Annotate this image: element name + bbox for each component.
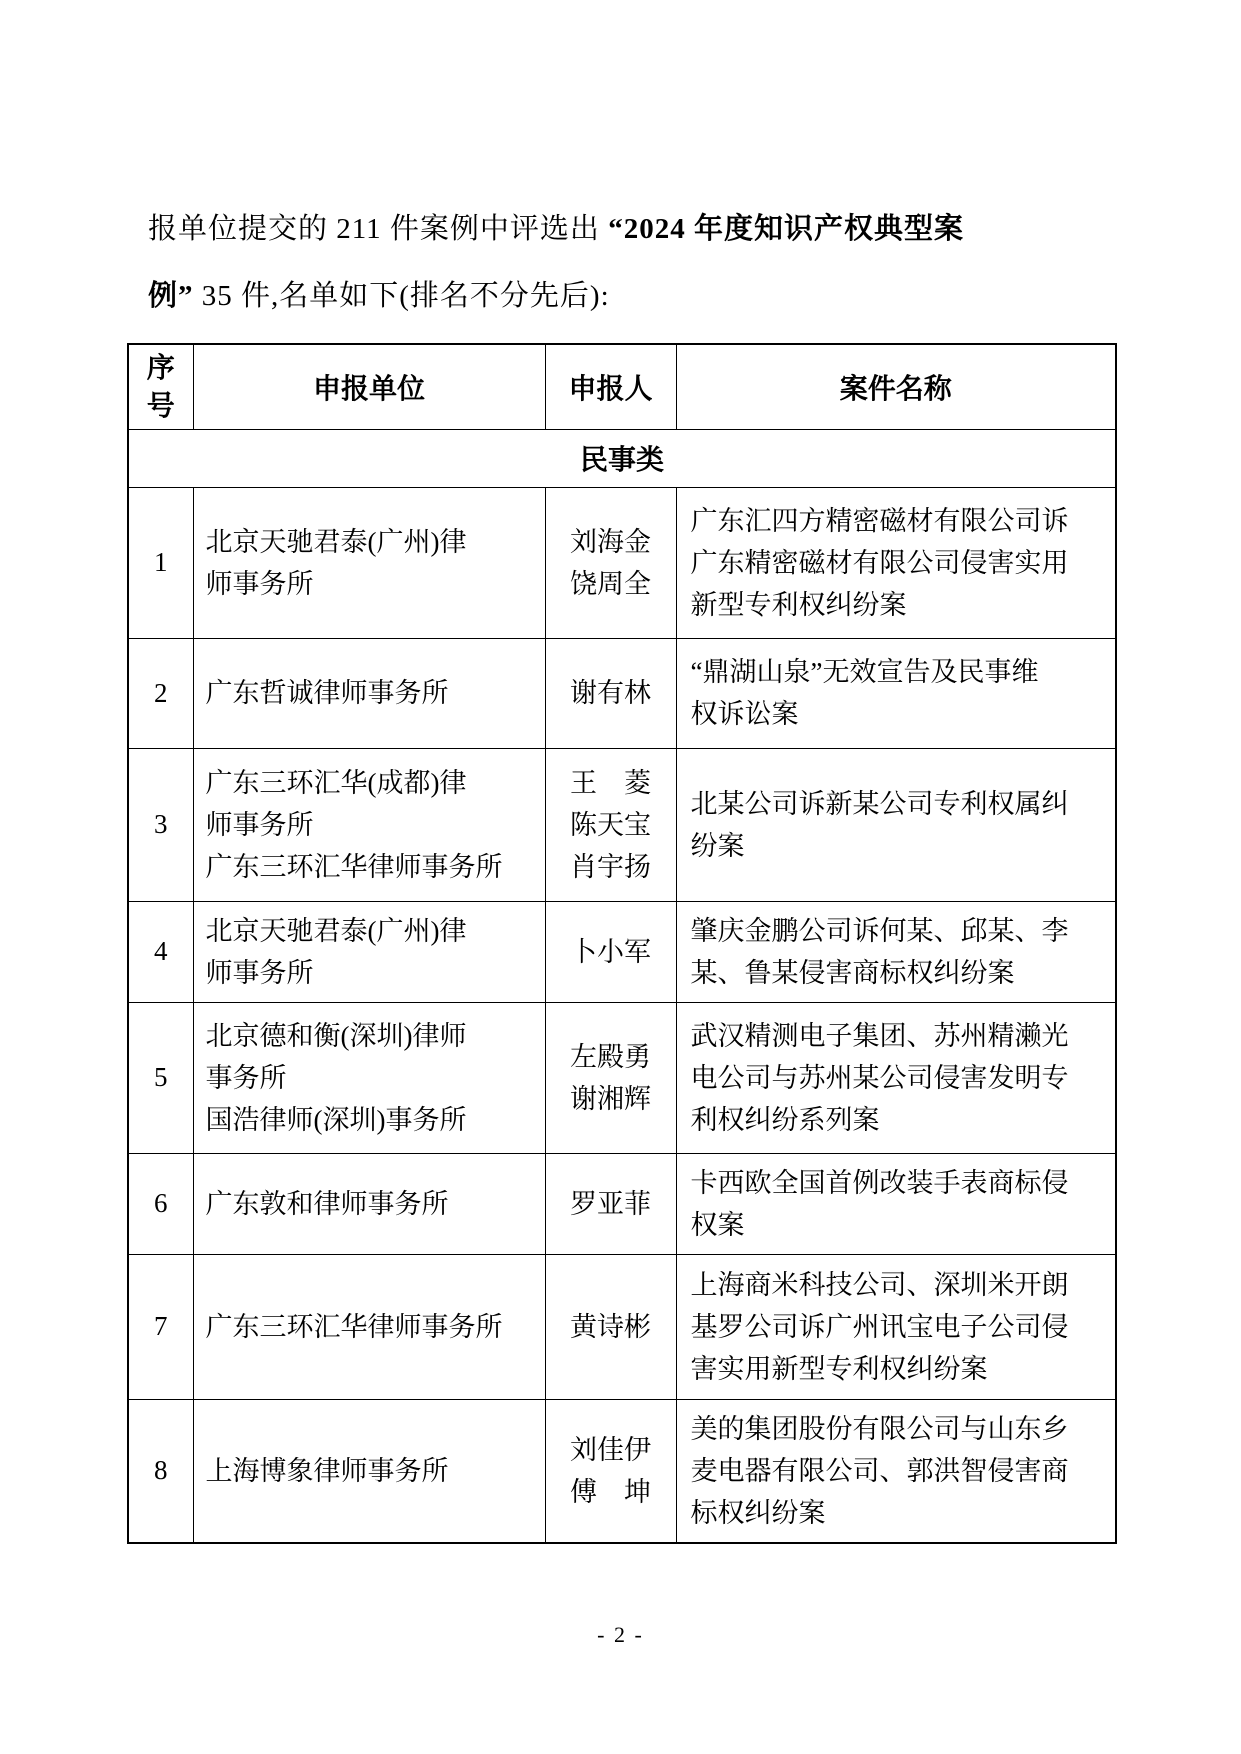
row-number-cell: 5 <box>128 1002 193 1153</box>
person-cell: 王 菱 陈天宝 肖宇扬 <box>545 748 676 901</box>
unit-cell: 北京天驰君泰(广州)律 师事务所 <box>193 487 545 638</box>
table-row: 5北京德和衡(深圳)律师 事务所 国浩律师(深圳)事务所左殿勇 谢湘辉武汉精测电… <box>128 1002 1116 1153</box>
intro-line2-bold: 例” <box>148 280 194 312</box>
table-body: 1北京天驰君泰(广州)律 师事务所刘海金 饶周全广东汇四方精密磁材有限公司诉 广… <box>128 487 1116 1543</box>
section-label: 民事类 <box>128 429 1116 487</box>
table-header-row: 序号 申报单位 申报人 案件名称 <box>128 344 1116 429</box>
cases-table: 序号 申报单位 申报人 案件名称 民事类 1北京天驰君泰(广州)律 师事务所刘海… <box>127 343 1117 1544</box>
case-name-cell: 武汉精测电子集团、苏州精濑光 电公司与苏州某公司侵害发明专 利权纠纷系列案 <box>676 1002 1116 1153</box>
person-cell: 罗亚菲 <box>545 1153 676 1254</box>
row-number-cell: 6 <box>128 1153 193 1254</box>
page-number: - 2 - <box>0 1622 1241 1648</box>
case-name-cell: 上海商米科技公司、深圳米开朗 基罗公司诉广州讯宝电子公司侵 害实用新型专利权纠纷… <box>676 1254 1116 1399</box>
person-cell: 刘海金 饶周全 <box>545 487 676 638</box>
intro-line2-normal: 35 件,名单如下(排名不分先后): <box>194 280 610 312</box>
header-person: 申报人 <box>545 344 676 429</box>
unit-cell: 上海博象律师事务所 <box>193 1399 545 1543</box>
case-name-cell: 美的集团股份有限公司与山东乡 麦电器有限公司、郭洪智侵害商 标权纠纷案 <box>676 1399 1116 1543</box>
person-cell: 黄诗彬 <box>545 1254 676 1399</box>
table-row: 3广东三环汇华(成都)律 师事务所 广东三环汇华律师事务所王 菱 陈天宝 肖宇扬… <box>128 748 1116 901</box>
unit-cell: 广东三环汇华(成都)律 师事务所 广东三环汇华律师事务所 <box>193 748 545 901</box>
person-cell: 卜小军 <box>545 901 676 1002</box>
unit-cell: 广东敦和律师事务所 <box>193 1153 545 1254</box>
case-name-cell: “鼎湖山泉”无效宣告及民事维 权诉讼案 <box>676 638 1116 748</box>
row-number-cell: 4 <box>128 901 193 1002</box>
intro-line1-bold: “2024 年度知识产权典型案 <box>608 213 964 245</box>
case-name-cell: 广东汇四方精密磁材有限公司诉 广东精密磁材有限公司侵害实用 新型专利权纠纷案 <box>676 487 1116 638</box>
row-number-cell: 7 <box>128 1254 193 1399</box>
table-row: 1北京天驰君泰(广州)律 师事务所刘海金 饶周全广东汇四方精密磁材有限公司诉 广… <box>128 487 1116 638</box>
table-row: 8上海博象律师事务所刘佳伊 傅 坤美的集团股份有限公司与山东乡 麦电器有限公司、… <box>128 1399 1116 1543</box>
unit-cell: 广东哲诚律师事务所 <box>193 638 545 748</box>
unit-cell: 北京德和衡(深圳)律师 事务所 国浩律师(深圳)事务所 <box>193 1002 545 1153</box>
table-row: 4北京天驰君泰(广州)律 师事务所卜小军肇庆金鹏公司诉何某、邱某、李 某、鲁某侵… <box>128 901 1116 1002</box>
section-row: 民事类 <box>128 429 1116 487</box>
table-row: 6广东敦和律师事务所罗亚菲卡西欧全国首例改装手表商标侵 权案 <box>128 1153 1116 1254</box>
row-number-cell: 1 <box>128 487 193 638</box>
case-name-cell: 卡西欧全国首例改装手表商标侵 权案 <box>676 1153 1116 1254</box>
person-cell: 谢有林 <box>545 638 676 748</box>
intro-line-1: 报单位提交的 211 件案例中评选出 “2024 年度知识产权典型案 <box>148 196 1038 263</box>
header-case: 案件名称 <box>676 344 1116 429</box>
intro-paragraph: 报单位提交的 211 件案例中评选出 “2024 年度知识产权典型案 例” 35… <box>148 196 1038 330</box>
unit-cell: 广东三环汇华律师事务所 <box>193 1254 545 1399</box>
row-number-cell: 2 <box>128 638 193 748</box>
case-name-cell: 肇庆金鹏公司诉何某、邱某、李 某、鲁某侵害商标权纠纷案 <box>676 901 1116 1002</box>
row-number-cell: 3 <box>128 748 193 901</box>
row-number-cell: 8 <box>128 1399 193 1543</box>
table-row: 2广东哲诚律师事务所谢有林“鼎湖山泉”无效宣告及民事维 权诉讼案 <box>128 638 1116 748</box>
unit-cell: 北京天驰君泰(广州)律 师事务所 <box>193 901 545 1002</box>
table-row: 7广东三环汇华律师事务所黄诗彬上海商米科技公司、深圳米开朗 基罗公司诉广州讯宝电… <box>128 1254 1116 1399</box>
intro-line-2: 例” 35 件,名单如下(排名不分先后): <box>148 263 1038 330</box>
person-cell: 刘佳伊 傅 坤 <box>545 1399 676 1543</box>
person-cell: 左殿勇 谢湘辉 <box>545 1002 676 1153</box>
case-name-cell: 北某公司诉新某公司专利权属纠 纷案 <box>676 748 1116 901</box>
intro-line1-normal: 报单位提交的 211 件案例中评选出 <box>148 213 608 245</box>
header-unit: 申报单位 <box>193 344 545 429</box>
header-number: 序号 <box>128 344 193 429</box>
document-page: 报单位提交的 211 件案例中评选出 “2024 年度知识产权典型案 例” 35… <box>0 0 1241 1754</box>
